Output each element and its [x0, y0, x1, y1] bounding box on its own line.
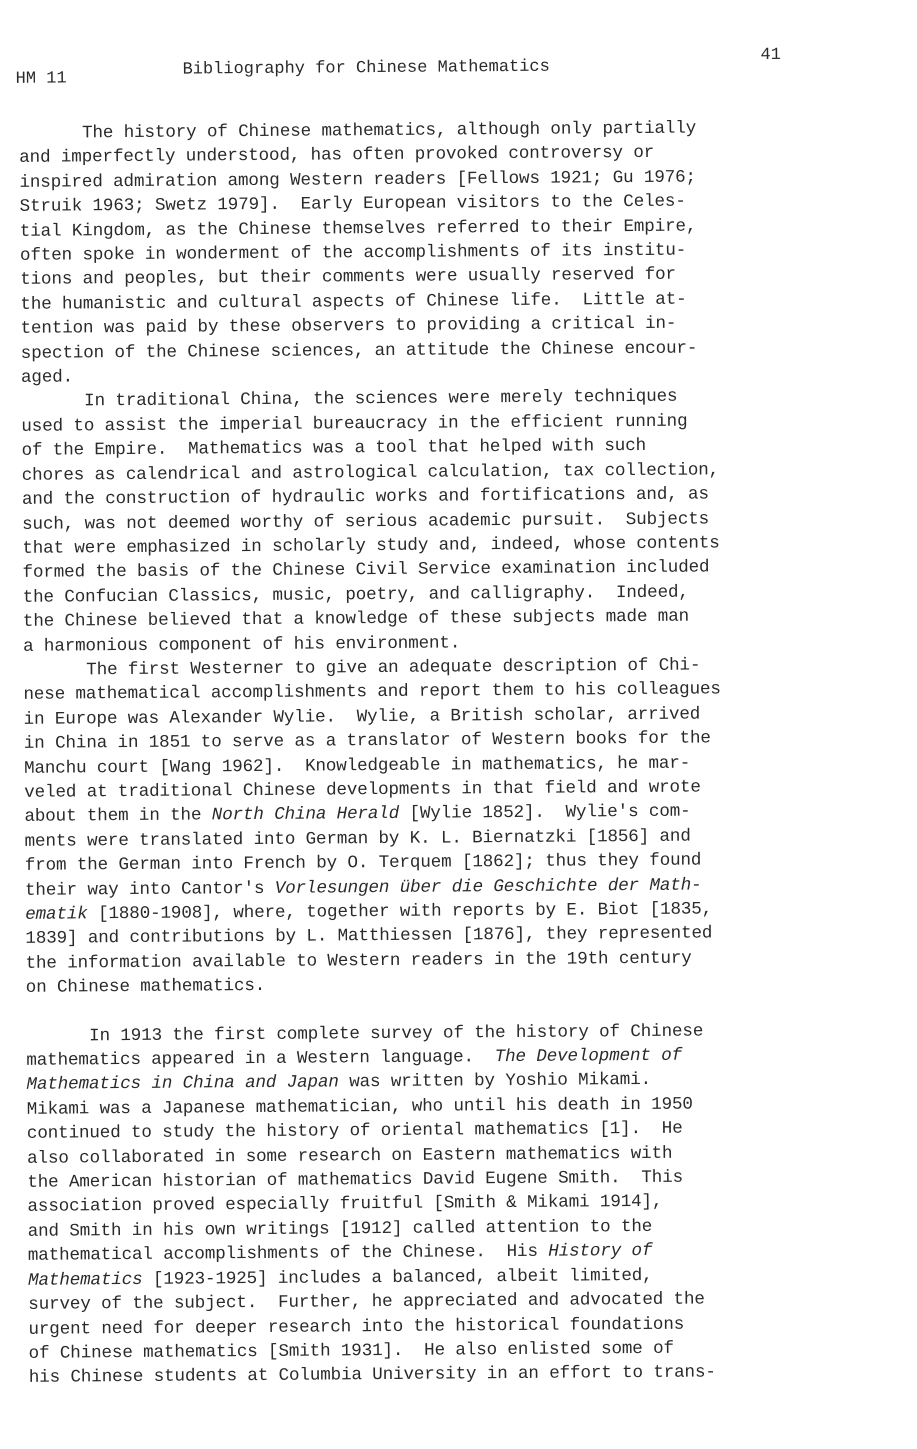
- text-run: their way into Cantor's: [25, 878, 275, 900]
- text-run: tial Kingdom, as the Chinese themselves …: [20, 216, 697, 241]
- text-run: [Wylie 1852]. Wylie's com-: [399, 802, 691, 824]
- running-header: HM 11 Bibliography for Chinese Mathemati…: [15, 52, 815, 88]
- text-run: such, was not deemed worthy of serious a…: [22, 509, 709, 534]
- text-run: of the Empire. Mathematics was a tool th…: [21, 436, 646, 461]
- paragraph: In 1913 the first complete survey of the…: [26, 1018, 889, 1391]
- text-run: mathematical accomplishments of the Chin…: [28, 1242, 549, 1266]
- text-run: spection of the Chinese sciences, an att…: [21, 338, 698, 363]
- text-run: from the German into French by O. Terque…: [25, 851, 702, 876]
- text-run: a harmonious component of his environmen…: [23, 633, 460, 656]
- text-run: of Chinese mathematics [Smith 1931]. He …: [29, 1339, 674, 1364]
- text-run: and Smith in his own writings [1912] cal…: [28, 1217, 653, 1242]
- paragraph: The history of Chinese mathematics, alth…: [19, 115, 881, 390]
- text-run: Manchu court [Wang 1962]. Knowledgeable …: [24, 753, 690, 778]
- text-run: the information available to Western rea…: [25, 948, 691, 973]
- text-run: survey of the subject. Further, he appre…: [28, 1290, 705, 1315]
- text-run: inspired admiration among Western reader…: [19, 167, 696, 192]
- text-run: on Chinese mathematics.: [26, 976, 266, 998]
- document-page: HM 11 Bibliography for Chinese Mathemati…: [0, 0, 917, 1449]
- text-run: aged.: [21, 368, 73, 388]
- text-run: chores as calendrical and astrological c…: [22, 460, 719, 485]
- text-run: and the construction of hydraulic works …: [22, 485, 709, 510]
- text-run: The first Westerner to give an adequate …: [86, 655, 700, 680]
- text-run: the American historian of mathematics Da…: [27, 1168, 683, 1193]
- italic-title: Vorlesungen über die Geschichte der Math…: [275, 875, 702, 898]
- text-run: association proved especially fruitful […: [27, 1192, 662, 1217]
- text-run: the Confucian Classics, music, poetry, a…: [23, 582, 689, 607]
- italic-title: Mathematics in China and Japan: [26, 1073, 338, 1095]
- paragraph: In traditional China, the sciences were …: [21, 384, 883, 659]
- text-run: [1880-1908], where, together with report…: [88, 899, 713, 924]
- italic-title: The Development of: [495, 1046, 682, 1067]
- body-text: The history of Chinese mathematics, alth…: [19, 115, 889, 1390]
- text-run: tention was paid by these observers to p…: [21, 314, 677, 339]
- italic-title: History of: [548, 1241, 652, 1262]
- text-run: 1839] and contributions by L. Matthiesse…: [25, 924, 712, 949]
- text-run: continued to study the history of orient…: [27, 1119, 683, 1144]
- text-run: about them in the: [24, 806, 211, 827]
- text-run: In 1913 the first complete survey of the…: [89, 1021, 703, 1046]
- italic-title: North China Herald: [212, 804, 399, 825]
- text-run: mathematics appeared in a Western langua…: [26, 1047, 495, 1071]
- paragraph: The first Westerner to give an adequate …: [23, 652, 886, 1000]
- text-run: in China in 1851 to serve as a translato…: [24, 729, 711, 754]
- italic-title: ematik: [25, 904, 88, 924]
- text-run: his Chinese students at Columbia Univers…: [29, 1363, 716, 1388]
- text-run: was written by Yoshio Mikami.: [339, 1070, 651, 1092]
- text-run: the Chinese believed that a knowledge of…: [23, 607, 689, 632]
- text-run: formed the basis of the Chinese Civil Se…: [22, 558, 709, 583]
- text-run: used to assist the imperial bureaucracy …: [21, 411, 687, 436]
- text-run: nese mathematical accomplishments and re…: [23, 680, 720, 705]
- page-number: 41: [760, 46, 781, 65]
- text-run: Mikami was a Japanese mathematician, who…: [27, 1094, 693, 1119]
- text-run: in Europe was Alexander Wylie. Wylie, a …: [24, 704, 701, 729]
- text-run: ments were translated into German by K. …: [25, 826, 691, 851]
- text-run: In traditional China, the sciences were …: [84, 387, 677, 412]
- text-run: urgent need for deeper research into the…: [28, 1314, 684, 1339]
- text-run: often spoke in wonderment of the accompl…: [20, 241, 686, 266]
- running-title: Bibliography for Chinese Mathematics: [182, 58, 549, 80]
- journal-issue: HM 11: [16, 69, 67, 88]
- italic-title: Mathematics: [28, 1270, 143, 1291]
- text-run: The history of Chinese mathematics, alth…: [82, 119, 696, 144]
- text-run: that were emphasized in scholarly study …: [22, 533, 719, 558]
- text-run: [1923-1925] includes a balanced, albeit …: [142, 1266, 652, 1290]
- text-run: tions and peoples, but their comments we…: [20, 265, 676, 290]
- text-run: the humanistic and cultural aspects of C…: [20, 289, 686, 314]
- text-run: veled at traditional Chinese development…: [24, 777, 701, 802]
- text-run: and imperfectly understood, has often pr…: [19, 143, 654, 168]
- text-run: Struik 1963; Swetz 1979]. Early European…: [20, 192, 686, 217]
- text-run: also collaborated in some research on Ea…: [27, 1143, 672, 1168]
